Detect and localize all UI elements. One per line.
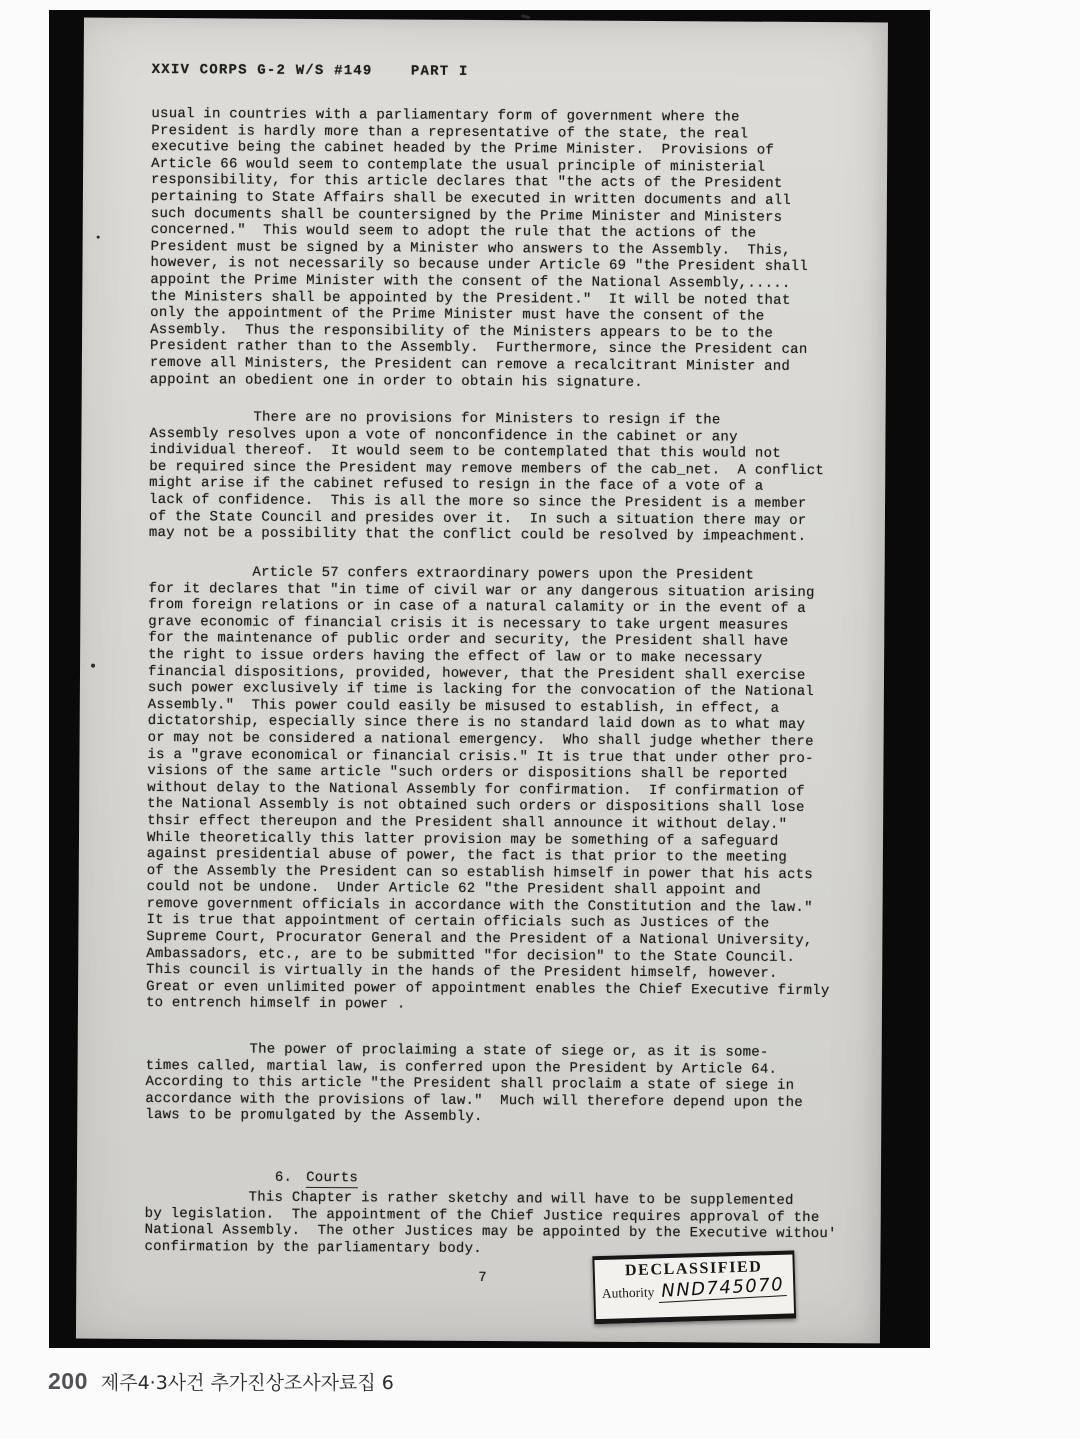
paper-page: XXIV CORPS G-2 W/S #149 PART I usual in … [76,18,888,1344]
scan-speck [97,236,100,239]
paragraph-block: This Chapter is rather sketchy and will … [144,1189,837,1260]
paragraph-block: There are no provisions for Ministers to… [149,409,825,546]
page-number: 7 [478,1270,487,1286]
book-series-title: 제주4·3사건 추가진상조사자료집 6 [101,1368,394,1395]
paragraph-block: usual in countries with a parliamentary … [150,106,809,392]
section-number: 6. [275,1170,292,1186]
text-line: may not be a possibility that the confli… [149,525,824,546]
declassified-stamp: DECLASSIFIED Authority NND745070 [592,1250,796,1324]
doc-header-line: XXIV CORPS G-2 W/S #149 PART I [152,62,469,80]
text-line: laws to be promulgated by the Assembly. [145,1107,803,1128]
scan-speck [91,664,95,668]
authority-label: Authority [602,1284,655,1301]
book-footer: 200 제주4·3사건 추가진상조사자료집 6 [48,1368,394,1395]
paragraph-block: The power of proclaiming a state of sieg… [145,1041,803,1128]
stamp-authority-row: Authority NND745070 [595,1276,794,1304]
section-title: Courts [306,1170,358,1188]
paragraph-block: Article 57 confers extraordinary powers … [146,564,832,1016]
book-page-number: 200 [48,1368,88,1395]
